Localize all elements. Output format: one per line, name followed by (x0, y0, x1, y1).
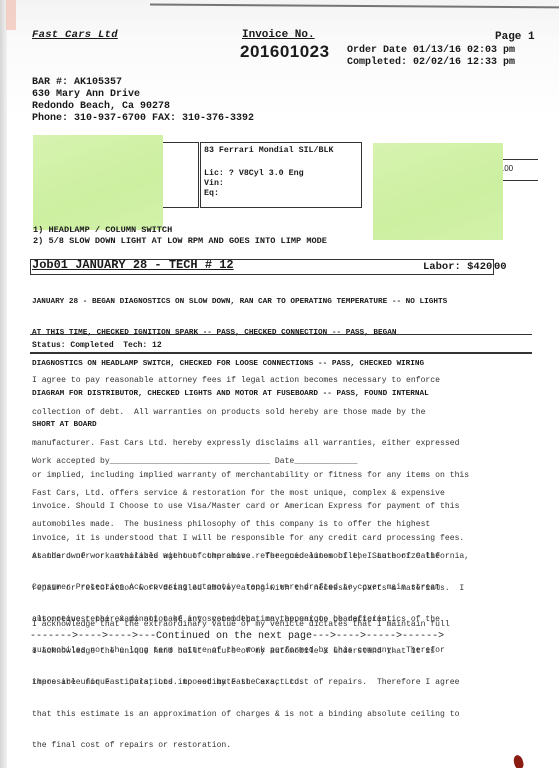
redaction-customer (33, 135, 163, 230)
partial-amount: .00 (502, 164, 513, 173)
job-header-rule (30, 274, 492, 275)
continued-notice: ------->---->---->---Continued on the ne… (30, 631, 444, 642)
completed-date: Completed: 02/02/16 12:33 pm (347, 57, 515, 68)
job-footer-rule (30, 334, 532, 335)
invoice-page: Fast Cars Ltd Invoice No. 201601023 Page… (0, 0, 559, 768)
page-number: Page 1 (495, 31, 535, 43)
vehicle-vin: Vin: (204, 179, 224, 188)
job-status: Status: Completed Tech: 12 (32, 341, 162, 350)
vehicle-equipment: Eq: (204, 189, 219, 198)
paper-stain (512, 754, 524, 768)
vehicle-model: 83 Ferrari Mondial SIL/BLK (204, 146, 333, 155)
totals-rule-bottom (502, 180, 538, 181)
signature-line: Work accepted by________________________… (32, 457, 469, 468)
legal-authorization: As the owner or authorized agent of the … (32, 531, 464, 768)
shop-city: Redondo Beach, Ca 90278 (32, 101, 170, 112)
vehicle-license: Lic: ? V8Cyl 3.0 Eng (204, 169, 304, 178)
bar-number: BAR #: AK105357 (32, 77, 122, 88)
order-date: Order Date 01/13/16 02:03 pm (347, 45, 515, 56)
complaint-2: 2) 5/8 SLOW DOWN LIGHT AT LOW RPM AND GO… (33, 236, 327, 246)
invoice-label: Invoice No. (242, 29, 315, 41)
redaction-totals (373, 143, 503, 240)
labor-amount: Labor: $420 (423, 261, 492, 273)
job-title: Job01 JANUARY 28 - TECH # 12 (32, 258, 234, 272)
legal-value-ack: I acknowledge that the extraordinary val… (32, 620, 450, 631)
scan-corner-tint (6, 0, 16, 30)
status-rule (30, 352, 532, 354)
paper-top-edge (150, 4, 559, 9)
complaint-1: 1) HEADLAMP / COLUMN SWITCH (33, 225, 172, 235)
scan-edge-shadow (0, 0, 7, 768)
company-name: Fast Cars Ltd (32, 29, 118, 41)
labor-cents: 00 (494, 261, 507, 273)
shop-street: 630 Mary Ann Drive (32, 89, 140, 100)
invoice-number: 201601023 (240, 42, 330, 62)
shop-phone: Phone: 310-937-6700 FAX: 310-376-3392 (32, 113, 254, 124)
totals-rule-top (502, 159, 538, 160)
job-desc-line: JANUARY 28 - BEGAN DIAGNOSTICS ON SLOW D… (32, 297, 447, 307)
vehicle-box: 83 Ferrari Mondial SIL/BLK Lic: ? V8Cyl … (200, 142, 362, 208)
